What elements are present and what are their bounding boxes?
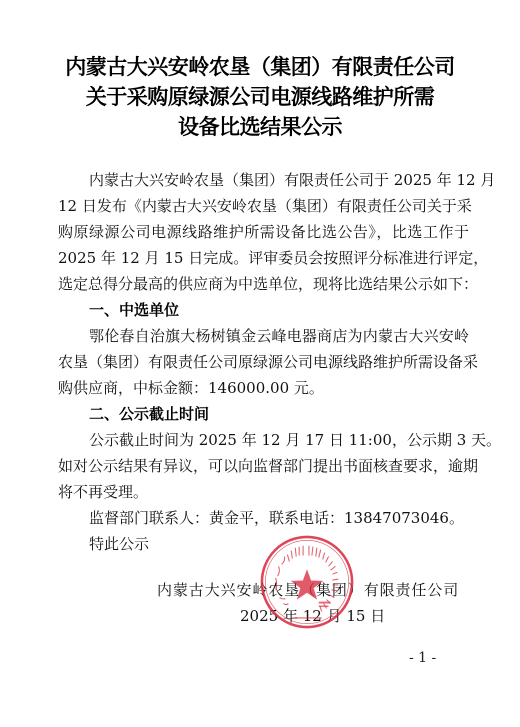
intro-line-4: 2025 年 12 月 15 日完成。评审委员会按照评分标准进行评定， <box>58 248 469 268</box>
section1-line-1: 鄂伦春自治旗大杨树镇金云峰电器商店为内蒙古大兴安岭 <box>89 326 469 346</box>
intro-line-2: 12 日发布《内蒙古大兴安岭农垦（集团）有限责任公司关于采 <box>58 196 469 216</box>
section-heading-deadline: 二、公示截止时间 <box>89 404 209 424</box>
signature-date: 2025 年 12 月 15 日 <box>240 606 385 626</box>
section2-line-3: 将不再受理。 <box>58 482 469 502</box>
document-title-line-3: 设备比选结果公示 <box>0 112 520 142</box>
signature-organization: 内蒙古大兴安岭农垦（集团）有限责任公司 <box>157 580 459 600</box>
page-number: - 1 - <box>409 649 436 667</box>
section2-line-2: 如对公示结果有异议，可以向监督部门提出书面核查要求，逾期 <box>58 456 469 476</box>
document-title-line-1: 内蒙古大兴安岭农垦（集团）有限责任公司 <box>0 52 520 82</box>
intro-line-1: 内蒙古大兴安岭农垦（集团）有限责任公司于 2025 年 12 月 <box>89 170 469 190</box>
contact-line: 监督部门联系人：黄金平，联系电话：13847073046。 <box>89 508 469 528</box>
section1-line-2: 农垦（集团）有限责任公司原绿源公司电源线路维护所需设备采 <box>58 352 469 372</box>
section1-line-3: 购供应商，中标金额：146000.00 元。 <box>58 378 469 398</box>
document-page: 内蒙古大兴安岭农垦（集团）有限责任公司 关于采购原绿源公司电源线路维护所需 设备… <box>0 0 520 727</box>
intro-line-5: 选定总得分最高的供应商为中选单位，现将比选结果公示如下： <box>58 274 469 294</box>
section-heading-winning-bidder: 一、中选单位 <box>89 300 179 320</box>
intro-line-3: 购原绿源公司电源线路维护所需设备比选公告》，比选工作于 <box>58 222 469 242</box>
section2-line-1: 公示截止时间为 2025 年 12 月 17 日 11:00，公示期 3 天。 <box>89 430 469 450</box>
closing-text: 特此公示 <box>89 534 469 554</box>
document-title-line-2: 关于采购原绿源公司电源线路维护所需 <box>0 82 520 112</box>
